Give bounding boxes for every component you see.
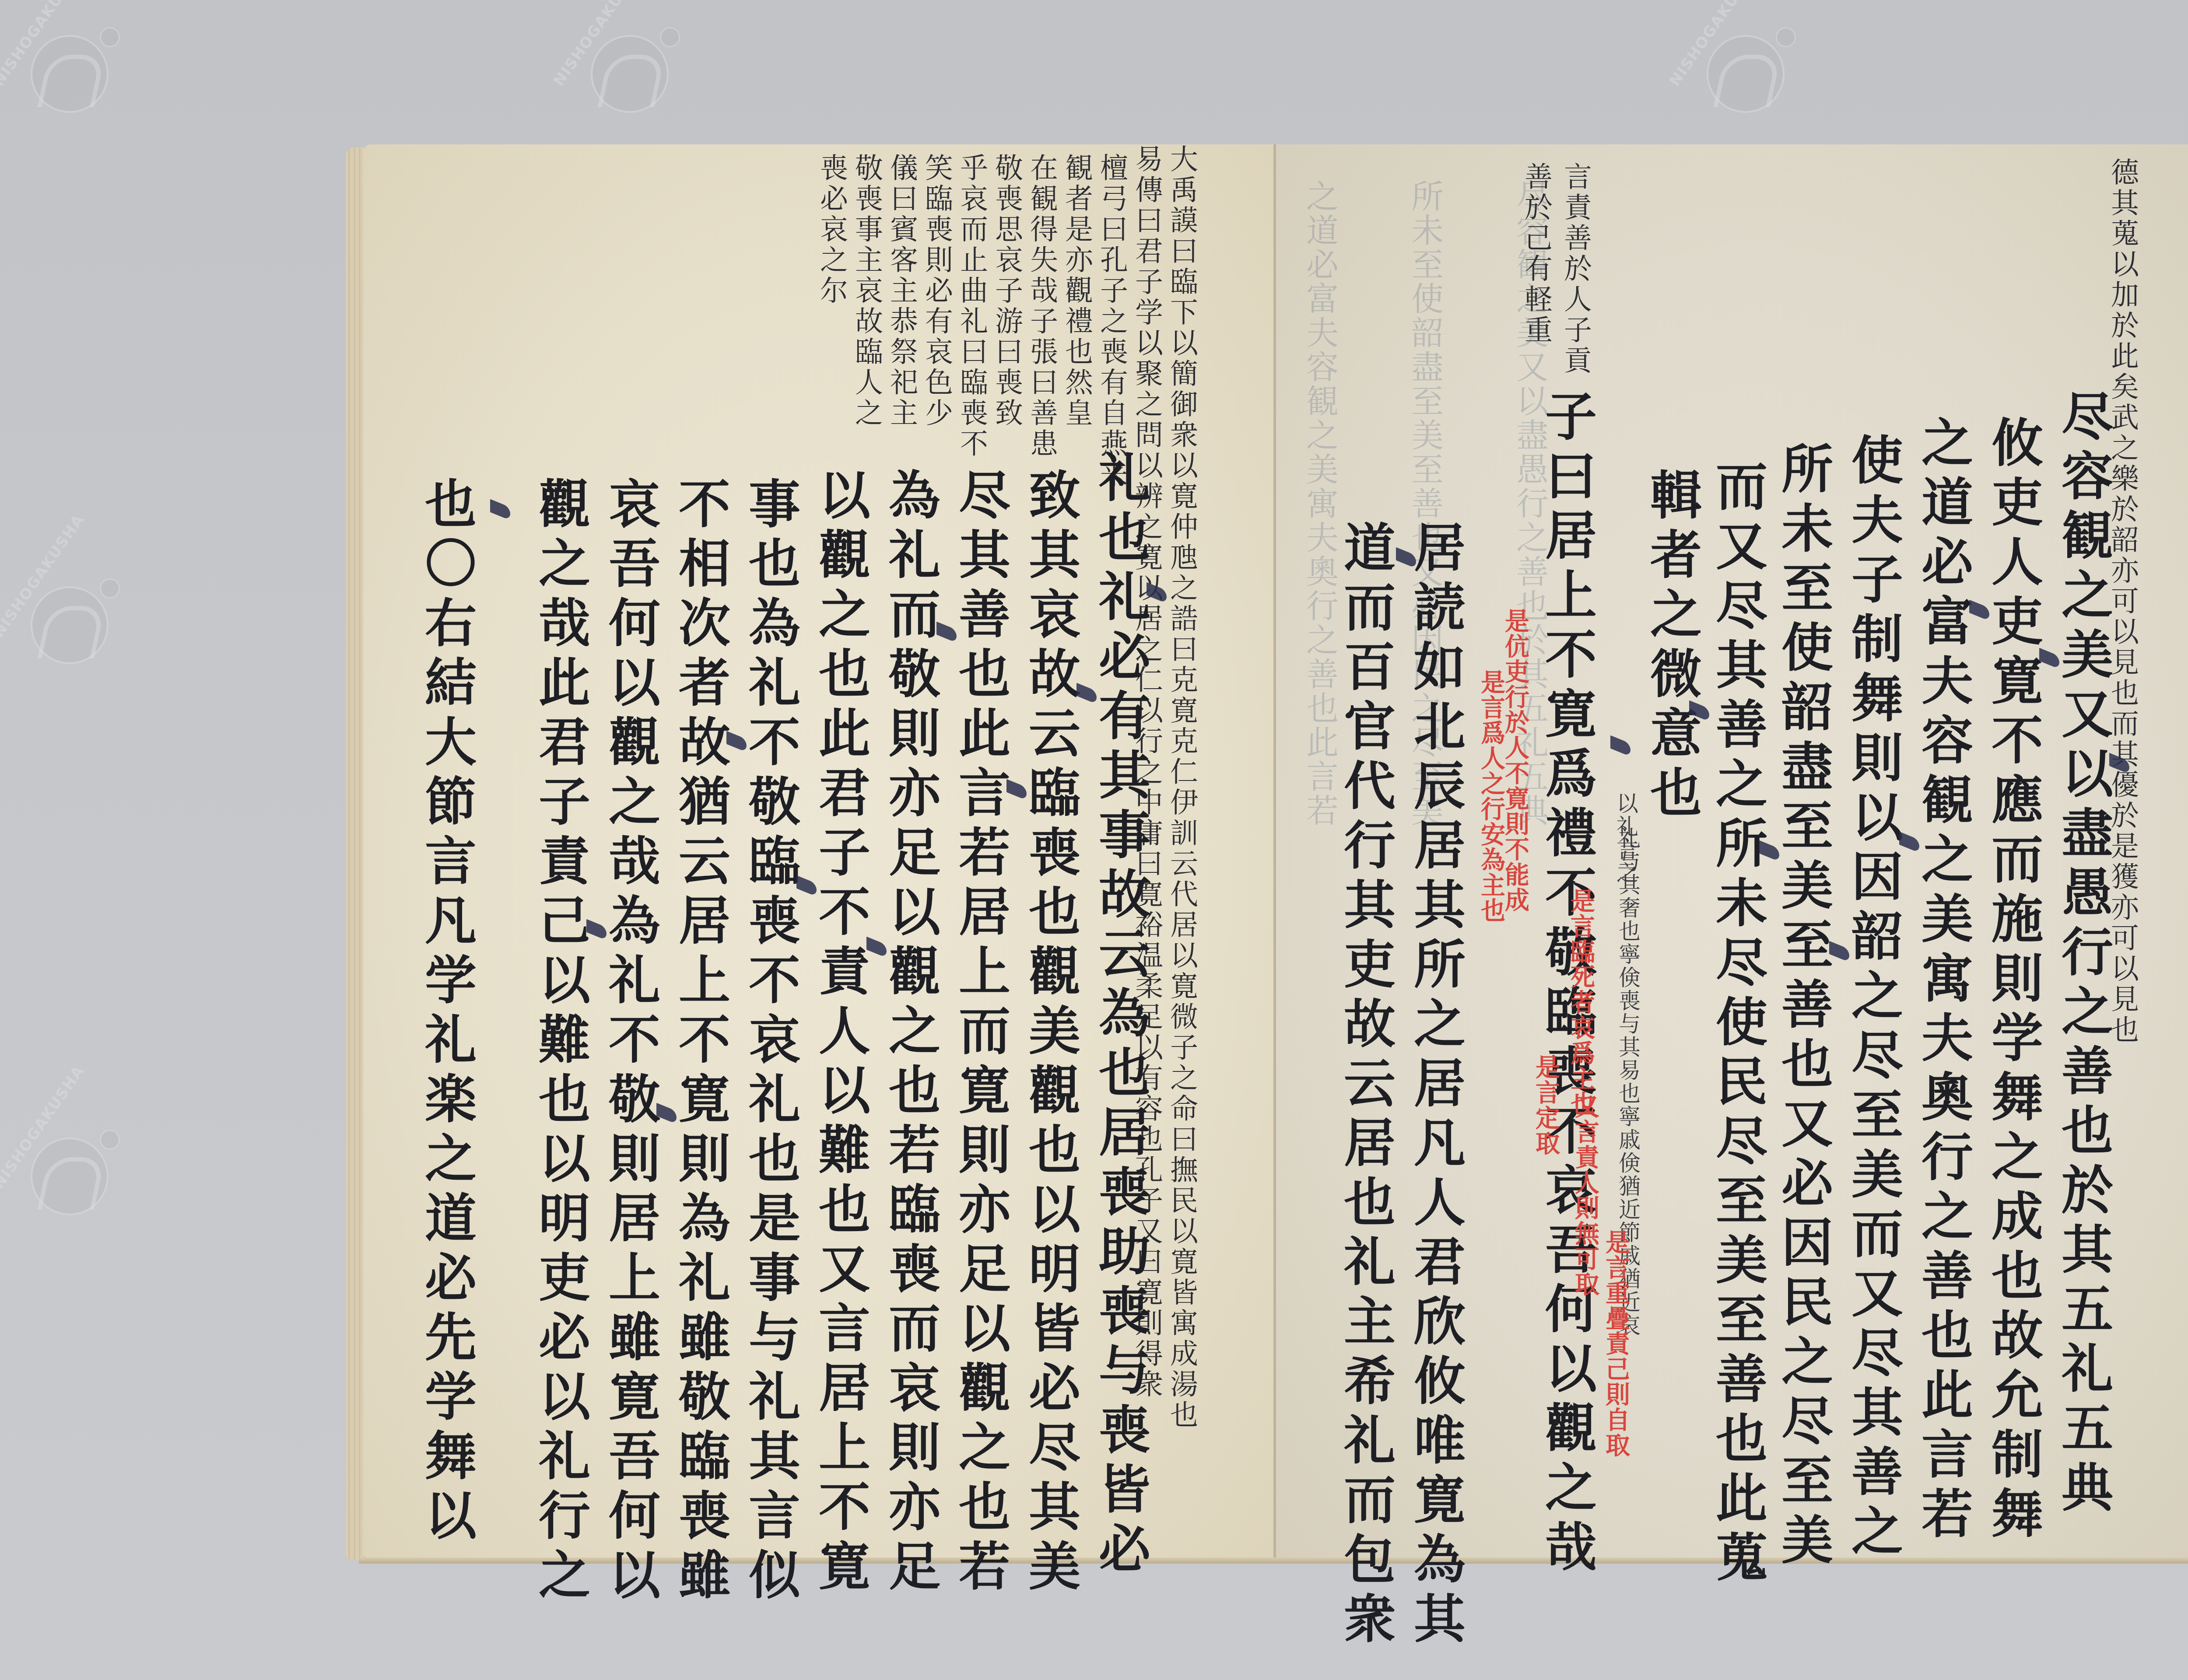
text-column: 致其哀故云臨喪也觀美觀也以明皆必尽其美 xyxy=(1020,468,1081,1599)
text-column: 居読如北辰居其所之居凡人君欣攸唯寛為其 xyxy=(1405,521,1466,1651)
red-annotation: 是言臨死者哀爲主也 xyxy=(1567,888,1595,1116)
open-book: 之道必富夫容観之美寓夫奧行之善也此言若 所未至使韶盡至美至善也又必因民之尽至美 … xyxy=(346,144,2188,1557)
text-column: 也〇右結大節言凡学礼楽之道必先学舞以 xyxy=(416,477,477,1548)
watermark-logo: NISHOGAKUSHA xyxy=(18,17,118,118)
watermark-logo: NISHOGAKUSHA xyxy=(18,1120,118,1221)
text-column: 事也為礼不敬臨喪不哀礼也是事与礼其言似 xyxy=(740,477,801,1607)
text-column: 礼也礼必有其事故云為也居喪助喪与喪皆必 xyxy=(1090,451,1151,1581)
text-column-note: 言責善於人子貢 xyxy=(1558,162,1593,376)
commentary-column: 敬喪事主哀故臨人之 xyxy=(849,153,884,429)
text-column: 所未至使韶盡至美至善也又必因民之尽至美 xyxy=(1772,442,1834,1572)
watermark-logo: NISHOGAKUSHA xyxy=(1694,17,1794,118)
text-column: 攸吏人吏寛不應而施則学舞之成也故允制舞 xyxy=(1982,416,2044,1546)
text-column: 尽容観之美又以盡愚行之善也於其五礼五典 xyxy=(2052,389,2114,1520)
bleed-through-text: 之道必富夫容観之美寓夫奧行之善也此言若 xyxy=(1300,179,1340,1492)
commentary-column: 笑臨喪則必有哀色少 xyxy=(919,153,954,429)
commentary-column: 喪必哀之尔 xyxy=(814,153,849,306)
red-annotation: 是言定取 xyxy=(1532,1054,1560,1156)
text-column: 哀吾何以觀之哉為礼不敬則居上雖寛吾何以 xyxy=(600,477,661,1607)
text-column: 輯者之微意也 xyxy=(1641,468,1702,825)
text-column: 之道必富夫容観之美寓夫奧行之善也此言若 xyxy=(1912,416,1974,1546)
watermark-logo: NISHOGAKUSHA xyxy=(578,17,678,118)
commentary-column: 儀曰賓客主恭祭祀主 xyxy=(884,153,919,429)
red-annotation: 是言爲人之行安為主也 xyxy=(1477,669,1506,923)
commentary-column: 敬喪思哀子游曰喪致 xyxy=(989,153,1024,429)
watermark-logo: NISHOGAKUSHA xyxy=(18,569,118,669)
commentary-column: 在観得失哉子張曰善患 xyxy=(1024,153,1059,459)
text-column: 使夫子制舞則以因韶之尽至美而又尽其善之 xyxy=(1842,433,1904,1564)
commentary-column: 乎哀而止曲礼曰臨喪不 xyxy=(954,153,989,459)
text-column: 觀之哉此君子責己以難也以明吏必以礼行之 xyxy=(529,477,591,1607)
text-column-note: 善於己有軽重 xyxy=(1518,162,1553,346)
text-column: 為礼而敬則亦足以觀之也若臨喪而哀則亦足 xyxy=(880,468,941,1599)
text-column: 不相次者故猶云居上不寛則為礼雖敬臨喪雖 xyxy=(670,477,731,1607)
text-column: 尽其善也此言若居上而寛則亦足以觀之也若 xyxy=(950,468,1011,1599)
text-column: 以觀之也此君子不責人以難也又言居上不寛 xyxy=(810,468,871,1599)
text-column: 道而百官代行其吏故云居也礼主希礼而包衆 xyxy=(1335,521,1396,1651)
book-gutter xyxy=(1273,144,1276,1557)
red-annotation: 是言重疊責己則自取 xyxy=(1602,1229,1630,1458)
commentary-column: 檀弓曰孔子之喪有自燕来 xyxy=(1094,153,1129,490)
text-column: 而又尽其善之所未尽使民尽至美至善也此蒐 xyxy=(1707,459,1768,1590)
red-annotation: 又言責人則無可取 xyxy=(1571,1094,1600,1297)
commentary-column: 大禹謨曰臨下以簡御衆以寛仲虺之誥曰克寛克仁伊訓云代居以寛微子之命曰撫民以寛皆寓成… xyxy=(1164,144,1199,1431)
commentary-column: 観者是亦觀禮也然皇 xyxy=(1059,153,1094,429)
